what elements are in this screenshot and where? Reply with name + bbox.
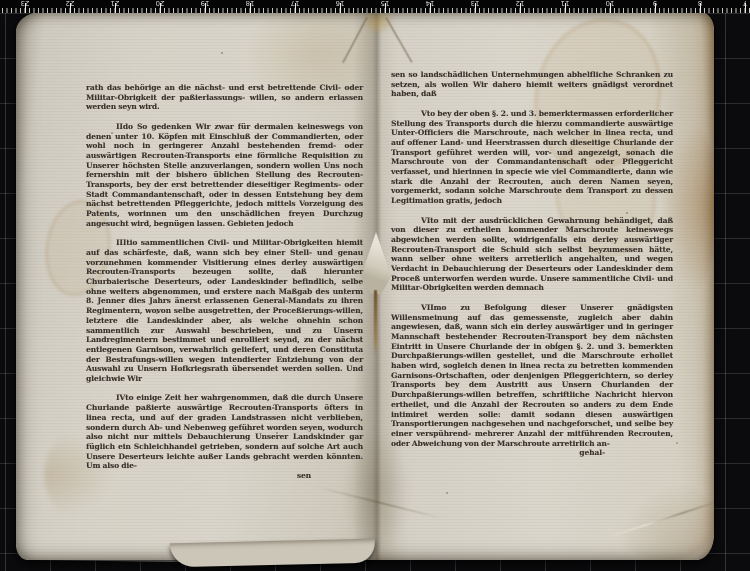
- ruler-number: 9: [653, 0, 657, 7]
- ruler-number: 21: [111, 0, 120, 7]
- paragraph: IVto einige Zeit her wahrgenommen, daß d…: [86, 393, 363, 471]
- ruler-number: 17: [291, 0, 300, 7]
- ruler-number: 7: [743, 0, 747, 7]
- ruler-number: 23: [21, 0, 30, 7]
- left-page-text-column: rath das behörige an die nächst- und ers…: [86, 83, 363, 481]
- catchword: sen: [86, 471, 363, 481]
- paragraph: sen so landschädlichen Unternehmungen ab…: [391, 70, 673, 99]
- ruler-number: 12: [516, 0, 525, 7]
- ruler-number: 19: [201, 0, 210, 7]
- paragraph: IIdo So gedenken Wir zwar für dermalen k…: [86, 122, 363, 229]
- ruler-number: 8: [698, 0, 702, 7]
- bottom-deckle-flap: [170, 539, 375, 568]
- ruler-number: 15: [381, 0, 390, 7]
- ruler-number: 14: [426, 0, 435, 7]
- ruler-number: 20: [156, 0, 165, 7]
- ruler-number: 10: [606, 0, 615, 7]
- ruler-number: 11: [561, 0, 570, 7]
- paragraph: Vto bey der oben §. 2. und 3. bemerkterm…: [391, 109, 673, 206]
- ruler-number: 16: [336, 0, 345, 7]
- ruler-number: 13: [471, 0, 480, 7]
- paragraph: VIto mit der ausdrücklichen Gewahrnung b…: [391, 216, 673, 294]
- catchword: gehal-: [391, 448, 673, 458]
- right-page-text-column: sen so landschädlichen Unternehmungen ab…: [391, 70, 673, 458]
- paragraph: VIImo zu Befolgung dieser Unserer gnädig…: [391, 303, 673, 449]
- paragraph: rath das behörige an die nächst- und ers…: [86, 83, 363, 112]
- photo-of-historic-document: { "ruler": { "numbers": ["7","8","9","10…: [0, 0, 750, 571]
- ruler-number: 22: [66, 0, 75, 7]
- ruler-number: 18: [246, 0, 255, 7]
- paragraph: IIItio sammentlichen Civil- und Militar-…: [86, 238, 363, 384]
- ruler: 7891011121314151617181920212223: [0, 0, 750, 13]
